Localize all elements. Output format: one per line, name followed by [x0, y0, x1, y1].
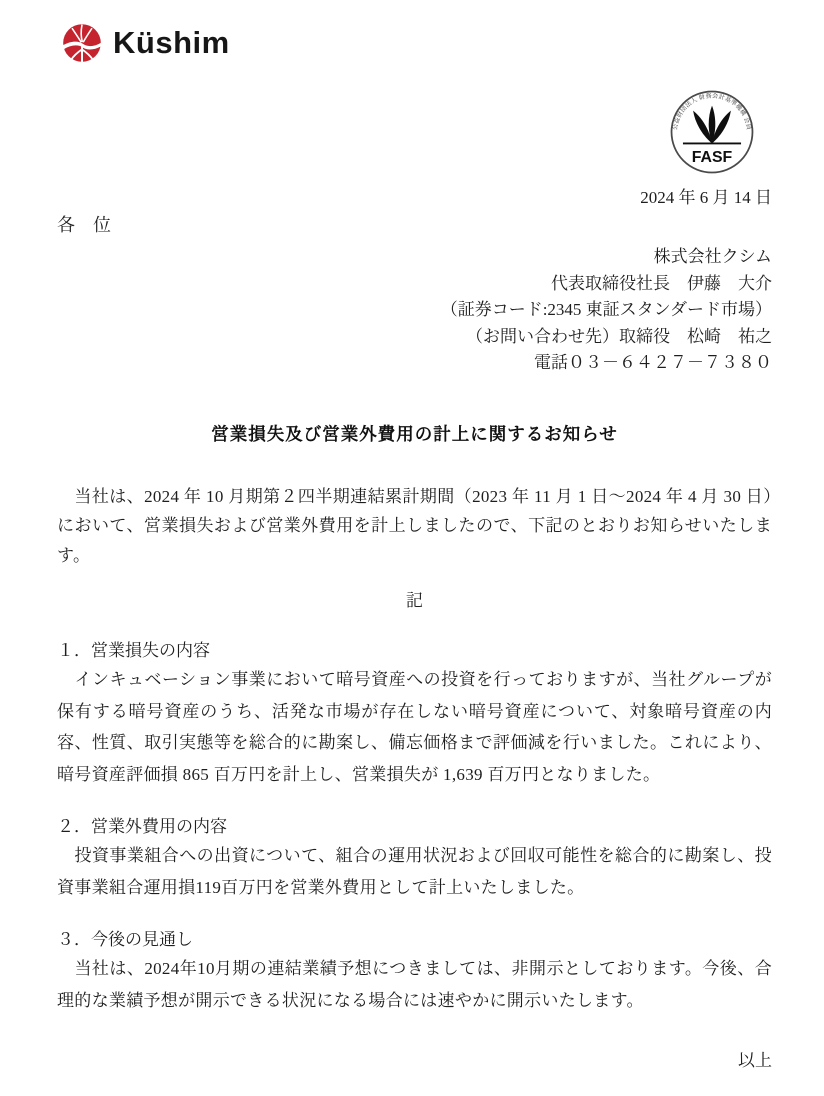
closing-remark: 以上	[57, 1048, 772, 1074]
section-operating-loss: １．営業損失の内容 インキュベーション事業において暗号資産への投資を行っておりま…	[57, 637, 772, 790]
section-outlook: ３．今後の見通し 当社は、2024年10月期の連結業績予想につきましては、非開示…	[57, 926, 772, 1016]
sender-phone-number: 電話０３－６４２７－７３８０	[57, 350, 772, 377]
section-heading: １．営業損失の内容	[57, 637, 772, 664]
sender-representative: 代表取締役社長 伊藤 大介	[57, 271, 772, 298]
document-title: 営業損失及び営業外費用の計上に関するお知らせ	[57, 421, 772, 446]
sender-company-name: 株式会社クシム	[57, 244, 772, 271]
section-heading: ３．今後の見通し	[57, 926, 772, 953]
notice-marker: 記	[57, 588, 772, 614]
document-page: Küshim 公益財団法人 財務会計基準機構 会員 FASF 2024 年 6 …	[0, 0, 824, 1096]
sender-block: 株式会社クシム 代表取締役社長 伊藤 大介 （証券コード:2345 東証スタンダ…	[57, 244, 772, 377]
section-non-operating-expenses: ２．営業外費用の内容 投資事業組合への出資について、組合の運用状況および回収可能…	[57, 813, 772, 903]
section-body: インキュベーション事業において暗号資産への投資を行っておりますが、当社グループが…	[57, 664, 772, 790]
section-heading: ２．営業外費用の内容	[57, 813, 772, 840]
kushim-plant-logo-icon	[62, 22, 102, 64]
intro-paragraph: 当社は、2024 年 10 月期第２四半期連結累計期間（2023 年 11 月 …	[57, 482, 772, 571]
logo-wordmark: Küshim	[113, 25, 230, 61]
fasf-membership-seal: 公益財団法人 財務会計基準機構 会員 FASF	[668, 88, 756, 176]
section-body: 投資事業組合への出資について、組合の運用状況および回収可能性を総合的に勘案し、投…	[57, 840, 772, 903]
fasf-seal-label: FASF	[692, 149, 733, 166]
recipient-line: 各 位	[57, 212, 772, 238]
section-body: 当社は、2024年10月期の連結業績予想につきましては、非開示としております。今…	[57, 953, 772, 1016]
sender-stock-code: （証券コード:2345 東証スタンダード市場）	[57, 297, 772, 324]
sender-contact-person: （お問い合わせ先）取締役 松崎 祐之	[57, 324, 772, 351]
company-logo: Küshim	[62, 22, 772, 64]
date-line: 2024 年 6 月 14 日	[57, 186, 772, 210]
